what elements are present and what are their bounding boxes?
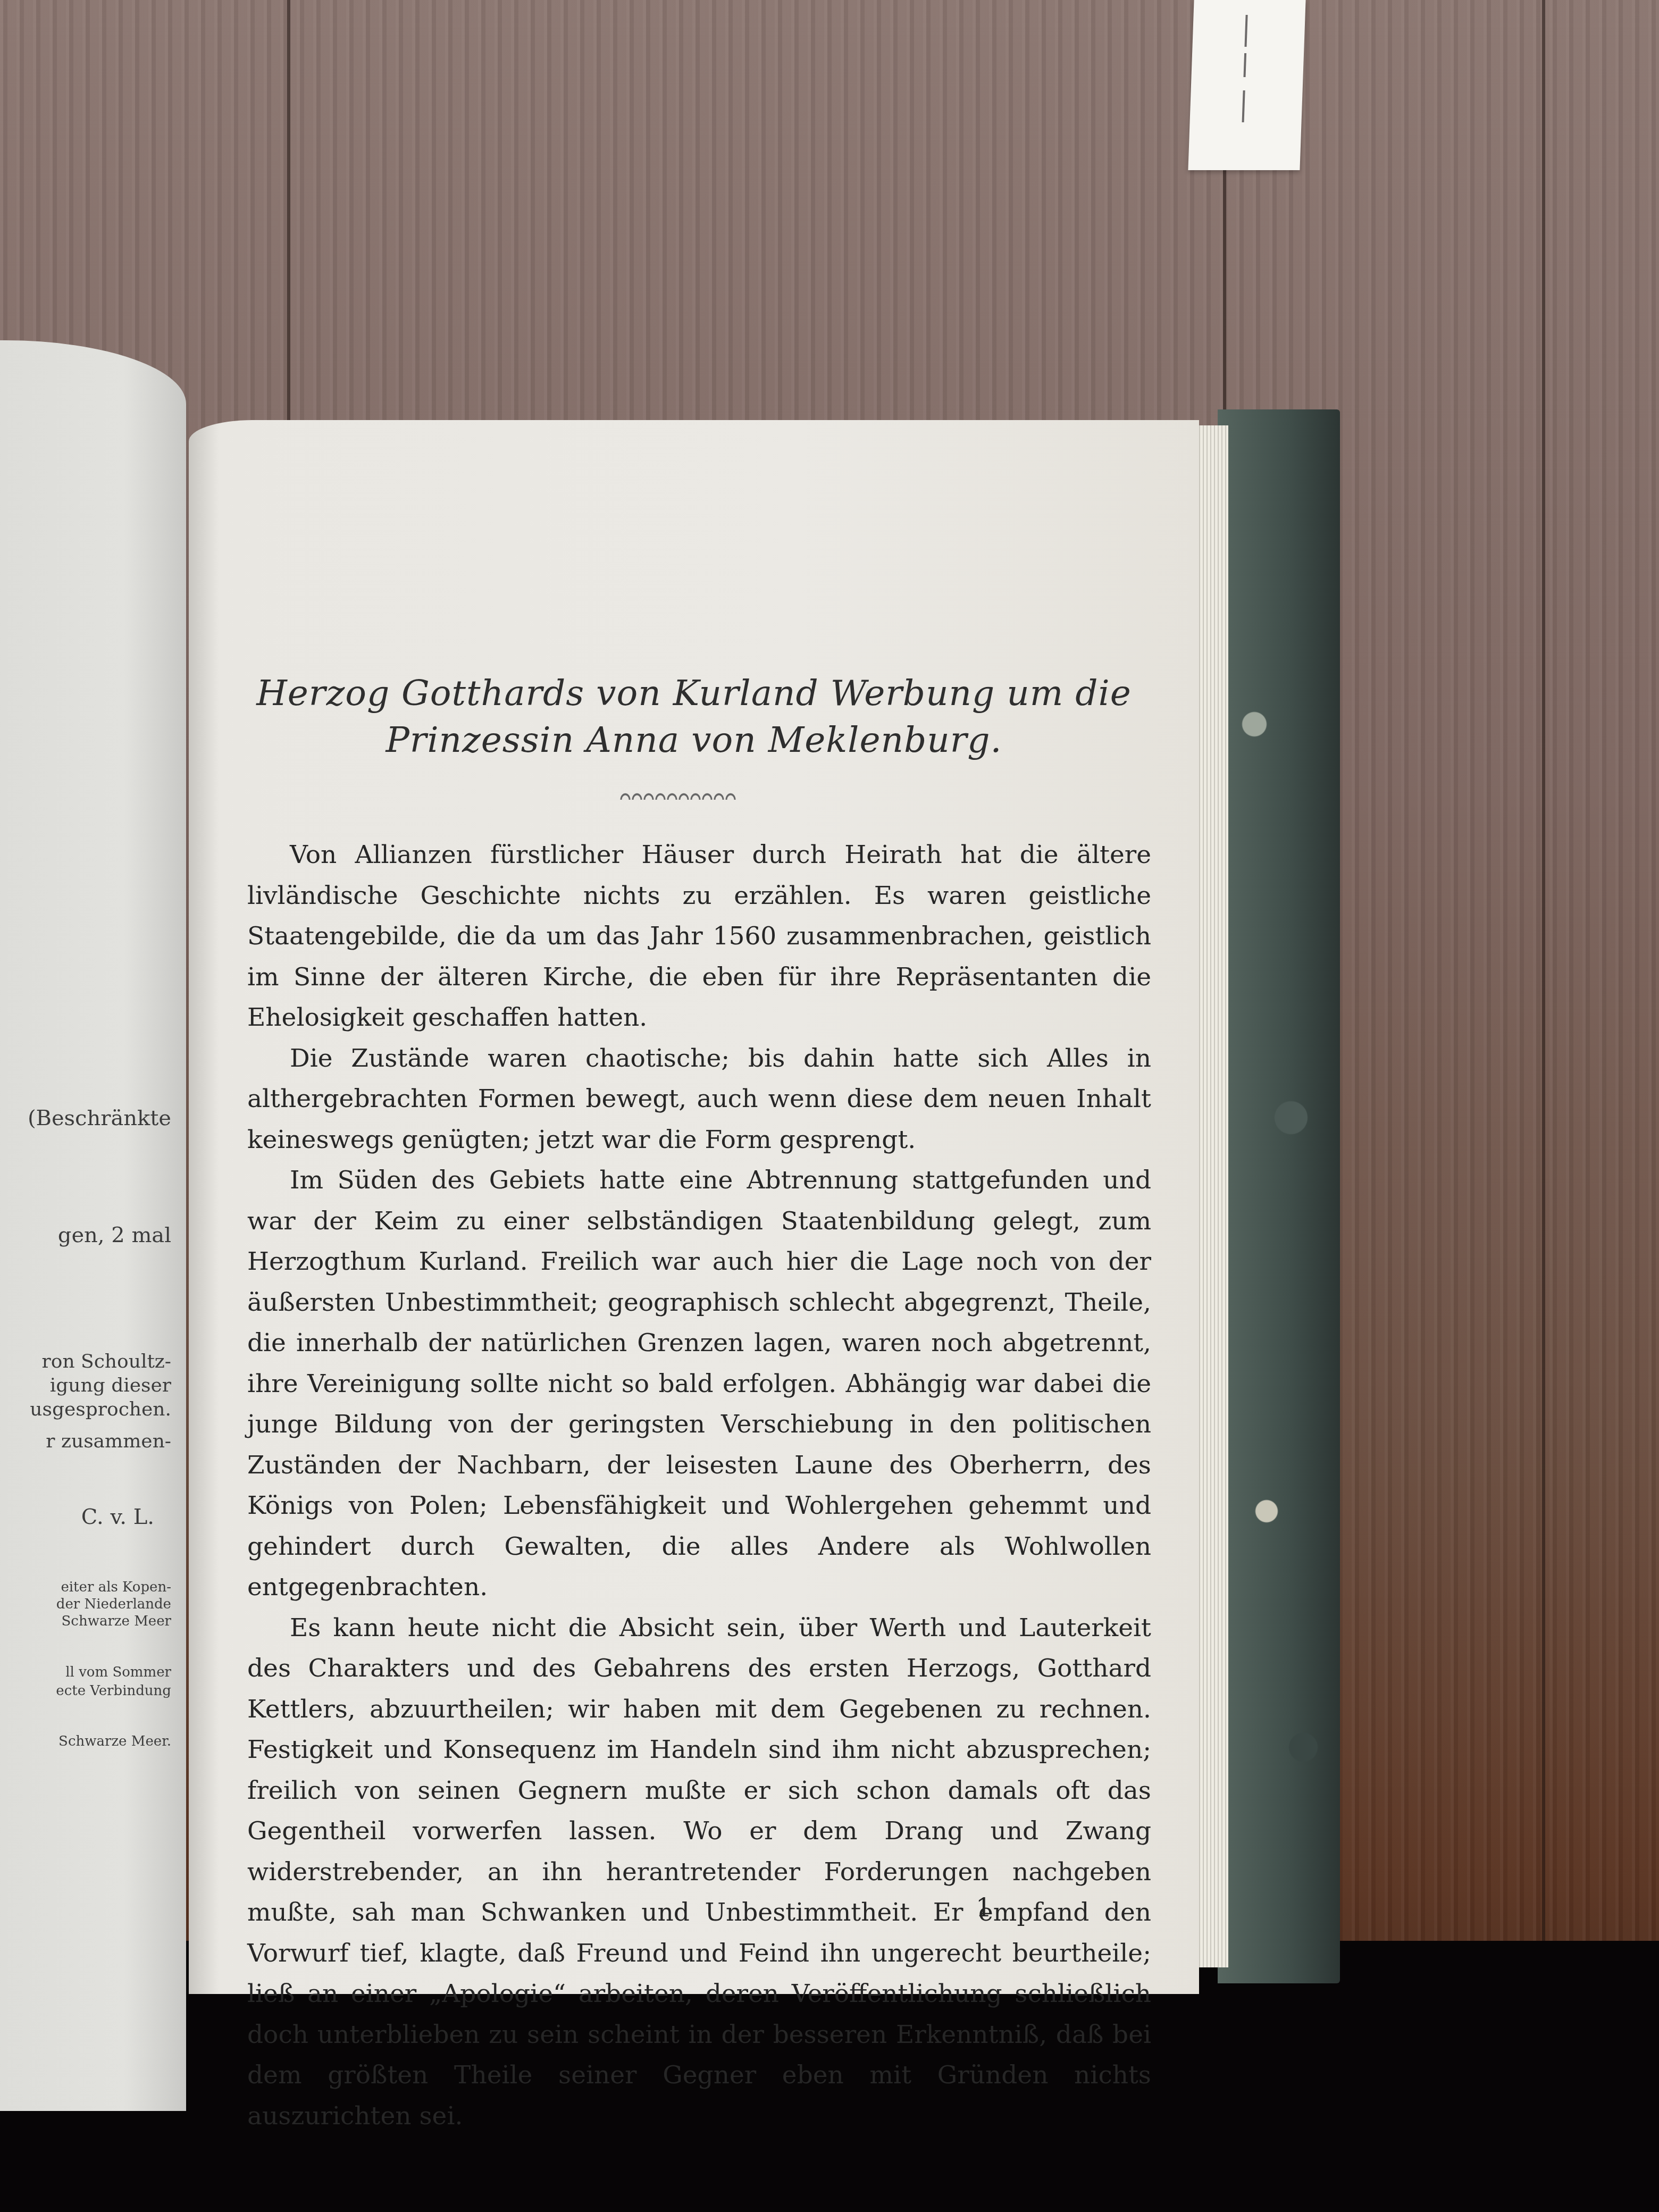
marbled-book-cover <box>1218 409 1340 1983</box>
title-line-2: Prinzessin Anna von Meklenburg. <box>189 717 1199 764</box>
wavy-divider-ornament <box>619 792 736 800</box>
signature: C. v. L. <box>81 1505 154 1529</box>
left-fragment: r zusammen- <box>46 1430 171 1452</box>
left-fragment: ron Schoultz- <box>42 1351 172 1372</box>
left-fragment: (Beschränkte <box>28 1106 171 1130</box>
left-page: (Beschränkte gen, 2 mal ron Schoultz- ig… <box>0 340 186 2111</box>
left-fragment: igung dieser <box>50 1375 171 1396</box>
left-fragment: usgesprochen. <box>30 1398 171 1420</box>
paragraph: Im Süden des Gebiets hatte eine Abtrennu… <box>247 1160 1151 1608</box>
strip-mark <box>1244 53 1247 77</box>
left-fragment: ll vom Sommer <box>65 1664 171 1680</box>
strip-mark <box>1245 15 1248 47</box>
left-fragment: der Niederlande <box>56 1596 171 1612</box>
plank-seam <box>287 0 290 425</box>
paper-bookmark-strip <box>1188 0 1305 170</box>
chapter-title: Herzog Gotthards von Kurland Werbung um … <box>189 670 1199 764</box>
paragraph: Von Allianzen fürstlicher Häuser durch H… <box>247 835 1151 1038</box>
title-line-1: Herzog Gotthards von Kurland Werbung um … <box>189 670 1199 717</box>
page-number: 1 <box>976 1893 992 1923</box>
left-fragment: Schwarze Meer <box>62 1613 171 1629</box>
left-fragment: Schwarze Meer. <box>58 1733 171 1749</box>
left-fragment: ecte Verbindung <box>56 1683 171 1699</box>
body-text: Von Allianzen fürstlicher Häuser durch H… <box>247 835 1151 2136</box>
left-fragment: gen, 2 mal <box>58 1223 171 1247</box>
right-page: Herzog Gotthards von Kurland Werbung um … <box>189 420 1199 1994</box>
left-fragment: eiter als Kopen- <box>61 1579 171 1595</box>
plank-seam <box>1542 0 1545 2021</box>
strip-mark <box>1242 90 1245 122</box>
paragraph: Es kann heute nicht die Absicht sein, üb… <box>247 1608 1151 2137</box>
paragraph: Die Zustände waren chaotische; bis dahin… <box>247 1038 1151 1161</box>
page-edges <box>1196 425 1228 1967</box>
